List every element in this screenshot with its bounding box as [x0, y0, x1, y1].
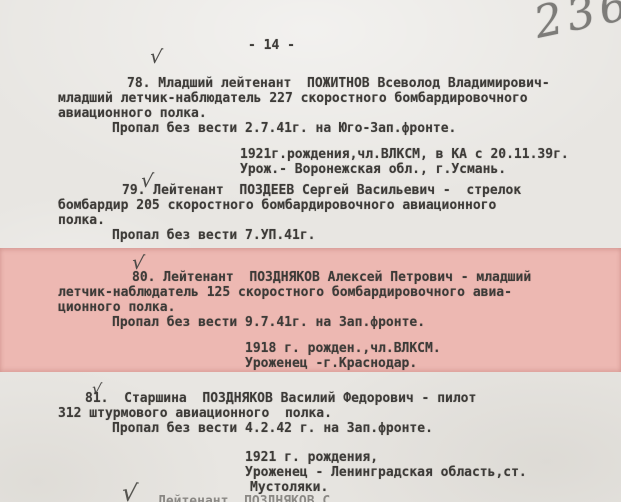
entry-81-birth-line: 1921 г. рождения,	[0, 450, 621, 465]
entry-80-text-line: летчик-наблюдатель 125 скоростного бомба…	[0, 285, 621, 300]
entry-80-birth-line: 1918 г. рожден.,чл.ВЛКСМ.	[0, 341, 621, 356]
entry-79-status-line: Пропал без вести 7.УП.41г.	[0, 228, 621, 243]
entry-81: 81. Старшина ПОЗДНЯКОВ Василий Федорович…	[0, 391, 621, 436]
scanned-document-page: - 14 - 236 √ √ √ √ √ 78. Младший лейтена…	[0, 0, 621, 502]
checkmark-icon: √	[149, 47, 163, 67]
entry-78-origin-line: Урож.- Воронежская обл., г.Усмань.	[0, 162, 621, 177]
entry-81-status-line: Пропал без вести 4.2.42 г. на Зап.фронте…	[0, 421, 621, 436]
entry-78-birth-line: 1921г.рождения,чл.ВЛКСМ, в КА с 20.11.39…	[0, 147, 621, 162]
entry-78-text-line: младший летчик-наблюдатель 227 скоростно…	[0, 91, 621, 106]
entry-81-origin-line: Уроженец - Ленинградская область,ст.	[0, 465, 621, 480]
entry-78: 78. Младший лейтенант ПОЖИТНОВ Всеволод …	[0, 76, 621, 136]
entry-81-details: 1921 г. рождения, Уроженец - Ленинградск…	[0, 450, 621, 495]
entry-78-details: 1921г.рождения,чл.ВЛКСМ, в КА с 20.11.39…	[0, 147, 621, 177]
entry-80-heading-line: 80. Лейтенант ПОЗДНЯКОВ Алексей Петрович…	[0, 270, 621, 285]
next-entry-clipped: Лейтенант ПОЗДНЯКОВ С	[0, 494, 621, 502]
entry-80-status-line: Пропал без вести 9.7.41г. на Зап.фронте.	[0, 315, 621, 330]
entry-81-heading-line: 81. Старшина ПОЗДНЯКОВ Василий Федорович…	[0, 391, 621, 406]
entry-78-heading-line: 78. Младший лейтенант ПОЖИТНОВ Всеволод …	[0, 76, 621, 91]
entry-79: 79. Лейтенант ПОЗДЕЕВ Сергей Васильевич …	[0, 183, 621, 243]
handwritten-page-number: 236	[531, 0, 621, 46]
entry-80-details: 1918 г. рожден.,чл.ВЛКСМ. Уроженец -г.Кр…	[0, 341, 621, 371]
entry-79-text-line: полка.	[0, 213, 621, 228]
entry-78-status-line: Пропал без вести 2.7.41г. на Юго-Зап.фро…	[0, 121, 621, 136]
clipped-text-line: Лейтенант ПОЗДНЯКОВ С	[0, 494, 621, 502]
entry-80: 80. Лейтенант ПОЗДНЯКОВ Алексей Петрович…	[0, 270, 621, 330]
entry-79-text-line: бомбардир 205 скоростного бомбардировочн…	[0, 198, 621, 213]
entry-81-text-line: 312 штурмового авиационного полка.	[0, 406, 621, 421]
entry-80-text-line: ционного полка.	[0, 300, 621, 315]
page-number: - 14 -	[248, 38, 295, 53]
entry-81-origin-line: Мустоляки.	[0, 480, 621, 495]
entry-78-text-line: авиационного полка.	[0, 106, 621, 121]
entry-79-heading-line: 79. Лейтенант ПОЗДЕЕВ Сергей Васильевич …	[0, 183, 621, 198]
entry-80-origin-line: Уроженец -г.Краснодар.	[0, 356, 621, 371]
